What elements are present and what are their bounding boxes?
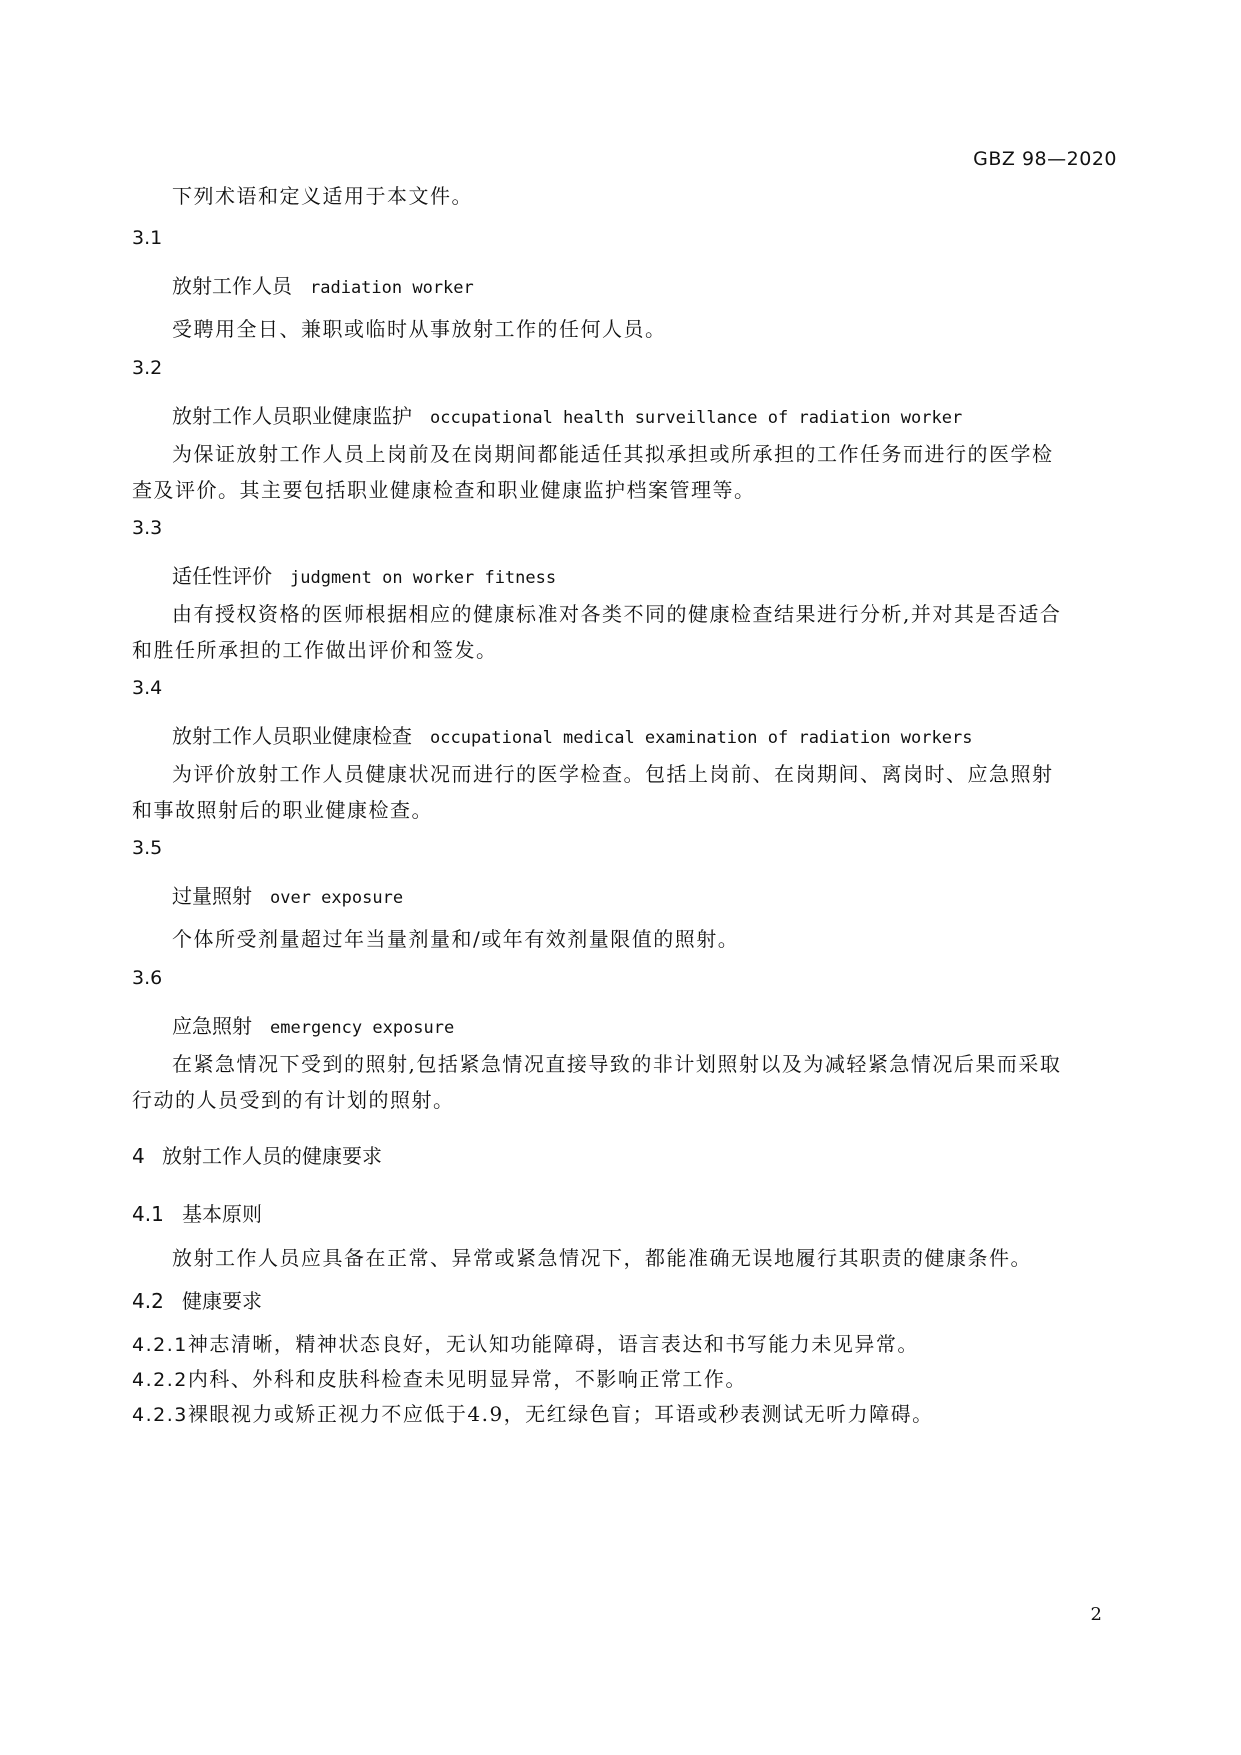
item-number: 4.2.2	[132, 1369, 188, 1391]
clause-number: 3.6	[132, 967, 162, 989]
page-number: 2	[1091, 1604, 1102, 1625]
subsection-heading: 4.2健康要求	[132, 1285, 262, 1314]
term-definition: 为保证放射工作人员上岗前及在岗期间都能适任其拟承担或所承担的工作任务而进行的医学…	[132, 436, 1068, 508]
term-definition: 由有授权资格的医师根据相应的健康标准对各类不同的健康检查结果进行分析,并对其是否…	[132, 596, 1068, 668]
term-zh: 适任性评价	[172, 564, 272, 588]
section-title: 放射工作人员的健康要求	[162, 1144, 382, 1168]
term-zh: 过量照射	[172, 884, 252, 908]
document-page: GBZ 98—2020 下列术语和定义适用于本文件。 3.1 放射工作人员rad…	[0, 0, 1241, 1755]
subsection-number: 4.1	[132, 1202, 182, 1226]
requirement-item: 4.2.3裸眼视力或矫正视力不应低于4.9，无红绿色盲；耳语或秒表测试无听力障碍…	[132, 1398, 934, 1427]
term-heading: 应急照射emergency exposure	[172, 1010, 454, 1039]
term-en: over exposure	[270, 888, 403, 908]
subsection-heading: 4.1基本原则	[132, 1198, 262, 1227]
term-en: occupational health surveillance of radi…	[430, 408, 962, 428]
term-definition: 为评价放射工作人员健康状况而进行的医学检查。包括上岗前、在岗期间、离岗时、应急照…	[132, 756, 1068, 828]
subsection-text: 放射工作人员应具备在正常、异常或紧急情况下，都能准确无误地履行其职责的健康条件。	[172, 1242, 1032, 1271]
term-en: judgment on worker fitness	[290, 568, 556, 588]
term-heading: 适任性评价judgment on worker fitness	[172, 560, 556, 589]
clause-number: 3.2	[132, 357, 162, 379]
intro-text: 下列术语和定义适用于本文件。	[172, 180, 473, 209]
term-en: radiation worker	[310, 278, 474, 298]
term-heading: 放射工作人员职业健康检查occupational medical examina…	[172, 720, 972, 749]
term-definition: 在紧急情况下受到的照射,包括紧急情况直接导致的非计划照射以及为减轻紧急情况后果而…	[132, 1046, 1068, 1118]
item-text: 神志清晰，精神状态良好，无认知功能障碍，语言表达和书写能力未见异常。	[188, 1332, 919, 1356]
requirement-item: 4.2.2内科、外科和皮肤科检查未见明显异常，不影响正常工作。	[132, 1363, 747, 1392]
term-en: occupational medical examination of radi…	[430, 728, 972, 748]
term-zh: 放射工作人员职业健康检查	[172, 724, 412, 748]
subsection-number: 4.2	[132, 1289, 182, 1313]
term-zh: 放射工作人员职业健康监护	[172, 404, 412, 428]
term-zh: 应急照射	[172, 1014, 252, 1038]
item-text: 内科、外科和皮肤科检查未见明显异常，不影响正常工作。	[188, 1367, 747, 1391]
clause-number: 3.4	[132, 677, 162, 699]
term-heading: 放射工作人员职业健康监护occupational health surveill…	[172, 400, 962, 429]
section-number: 4	[132, 1144, 162, 1168]
subsection-title: 基本原则	[182, 1202, 262, 1226]
clause-number: 3.1	[132, 227, 162, 249]
term-heading: 过量照射over exposure	[172, 880, 403, 909]
standard-code: GBZ 98—2020	[973, 148, 1117, 170]
item-number: 4.2.3	[132, 1404, 188, 1426]
clause-number: 3.3	[132, 517, 162, 539]
requirement-item: 4.2.1神志清晰，精神状态良好，无认知功能障碍，语言表达和书写能力未见异常。	[132, 1328, 919, 1357]
item-number: 4.2.1	[132, 1334, 188, 1356]
term-definition: 受聘用全日、兼职或临时从事放射工作的任何人员。	[172, 313, 667, 342]
term-heading: 放射工作人员radiation worker	[172, 270, 474, 299]
item-text: 裸眼视力或矫正视力不应低于4.9，无红绿色盲；耳语或秒表测试无听力障碍。	[188, 1402, 934, 1426]
term-zh: 放射工作人员	[172, 274, 292, 298]
section-heading: 4放射工作人员的健康要求	[132, 1140, 382, 1169]
term-en: emergency exposure	[270, 1018, 454, 1038]
clause-number: 3.5	[132, 837, 162, 859]
term-definition: 个体所受剂量超过年当量剂量和/或年有效剂量限值的照射。	[172, 923, 739, 952]
subsection-title: 健康要求	[182, 1289, 262, 1313]
